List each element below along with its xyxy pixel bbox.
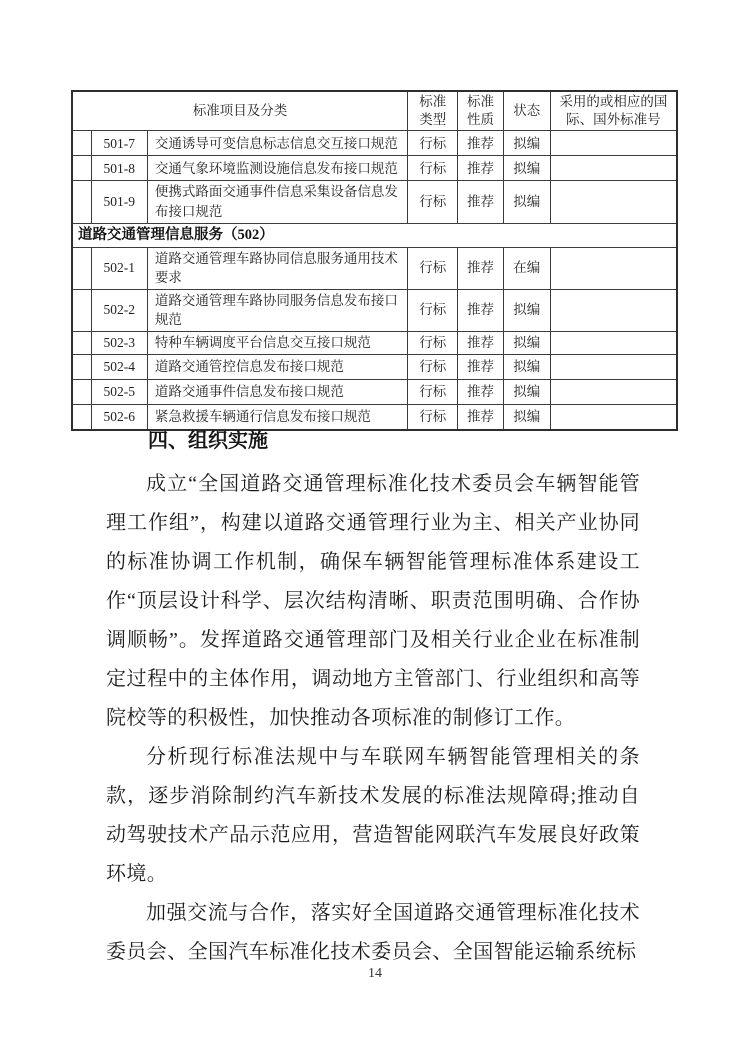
cell-name: 特种车辆调度平台信息交互接口规范 [147, 331, 407, 354]
cell-intl [550, 181, 677, 223]
paragraph: 加强交流与合作，落实好全国道路交通管理标准化技术委员会、全国汽车标准化技术委员会… [106, 894, 640, 972]
paragraph: 分析现行标准法规中与车联网车辆智能管理相关的条款，逐步消除制约汽车新技术发展的标… [106, 738, 640, 894]
cell-status: 拟编 [503, 331, 550, 354]
paragraph: 成立“全国道路交通管理标准化技术委员会车辆智能管理工作组”，构建以道路交通管理行… [106, 465, 640, 738]
cell-id: 501-8 [91, 156, 147, 181]
table-header-row: 标准项目及分类 标准 类型 标准 性质 状态 采用的或相应的国 际、国外标准号 [72, 91, 677, 131]
cell-status: 拟编 [503, 181, 550, 223]
cell-spacer [72, 404, 91, 430]
col-header-status: 状态 [503, 91, 550, 131]
cell-name: 交通诱导可变信息标志信息交互接口规范 [147, 131, 407, 156]
cell-nature: 推荐 [458, 331, 503, 354]
cell-type: 行标 [408, 289, 458, 331]
table-row: 501-9 便携式路面交通事件信息采集设备信息发布接口规范 行标 推荐 拟编 [72, 181, 677, 223]
cell-spacer [72, 131, 91, 156]
table-row: 502-2 道路交通管理车路协同服务信息发布接口规范 行标 推荐 拟编 [72, 289, 677, 331]
cell-name: 便携式路面交通事件信息采集设备信息发布接口规范 [147, 181, 407, 223]
cell-nature: 推荐 [458, 181, 503, 223]
cell-intl [550, 289, 677, 331]
table-row: 502-1 道路交通管理车路协同信息服务通用技术要求 行标 推荐 在编 [72, 247, 677, 289]
table-row: 502-6 紧急救援车辆通行信息发布接口规范 行标 推荐 拟编 [72, 404, 677, 430]
cell-nature: 推荐 [458, 379, 503, 404]
body-content: 四、组织实施 成立“全国道路交通管理标准化技术委员会车辆智能管理工作组”，构建以… [106, 428, 640, 972]
cell-intl [550, 354, 677, 379]
cell-id: 502-3 [91, 331, 147, 354]
table-row: 501-8 交通气象环境监测设施信息发布接口规范 行标 推荐 拟编 [72, 156, 677, 181]
cell-status: 在编 [503, 247, 550, 289]
cell-status: 拟编 [503, 156, 550, 181]
cell-nature: 推荐 [458, 354, 503, 379]
cell-name: 道路交通管理车路协同服务信息发布接口规范 [147, 289, 407, 331]
table-section-row: 道路交通管理信息服务（502） [72, 223, 677, 247]
cell-name: 道路交通管控信息发布接口规范 [147, 354, 407, 379]
cell-nature: 推荐 [458, 156, 503, 181]
cell-spacer [72, 181, 91, 223]
cell-id: 502-1 [91, 247, 147, 289]
cell-id: 501-9 [91, 181, 147, 223]
col-header-type: 标准 类型 [408, 91, 458, 131]
col-header-intl: 采用的或相应的国 际、国外标准号 [550, 91, 677, 131]
cell-name: 道路交通事件信息发布接口规范 [147, 379, 407, 404]
cell-name: 交通气象环境监测设施信息发布接口规范 [147, 156, 407, 181]
cell-intl [550, 156, 677, 181]
table-row: 501-7 交通诱导可变信息标志信息交互接口规范 行标 推荐 拟编 [72, 131, 677, 156]
table-row: 502-4 道路交通管控信息发布接口规范 行标 推荐 拟编 [72, 354, 677, 379]
cell-status: 拟编 [503, 354, 550, 379]
cell-type: 行标 [408, 404, 458, 430]
cell-intl [550, 247, 677, 289]
cell-nature: 推荐 [458, 404, 503, 430]
cell-type: 行标 [408, 247, 458, 289]
cell-nature: 推荐 [458, 131, 503, 156]
cell-status: 拟编 [503, 379, 550, 404]
cell-spacer [72, 156, 91, 181]
cell-id: 501-7 [91, 131, 147, 156]
section-502-label: 道路交通管理信息服务（502） [72, 223, 677, 247]
cell-name: 紧急救援车辆通行信息发布接口规范 [147, 404, 407, 430]
cell-name: 道路交通管理车路协同信息服务通用技术要求 [147, 247, 407, 289]
cell-spacer [72, 379, 91, 404]
section-heading: 四、组织实施 [148, 428, 640, 454]
cell-spacer [72, 354, 91, 379]
page-number: 14 [0, 966, 750, 982]
table-row: 502-3 特种车辆调度平台信息交互接口规范 行标 推荐 拟编 [72, 331, 677, 354]
cell-type: 行标 [408, 354, 458, 379]
cell-type: 行标 [408, 181, 458, 223]
cell-id: 502-5 [91, 379, 147, 404]
cell-intl [550, 379, 677, 404]
cell-nature: 推荐 [458, 289, 503, 331]
cell-status: 拟编 [503, 131, 550, 156]
standards-table: 标准项目及分类 标准 类型 标准 性质 状态 采用的或相应的国 际、国外标准号 … [71, 90, 678, 431]
col-header-nature: 标准 性质 [458, 91, 503, 131]
cell-type: 行标 [408, 156, 458, 181]
cell-spacer [72, 289, 91, 331]
col-header-project: 标准项目及分类 [72, 91, 408, 131]
cell-intl [550, 331, 677, 354]
cell-id: 502-2 [91, 289, 147, 331]
cell-status: 拟编 [503, 404, 550, 430]
cell-spacer [72, 331, 91, 354]
cell-type: 行标 [408, 331, 458, 354]
cell-spacer [72, 247, 91, 289]
cell-type: 行标 [408, 379, 458, 404]
cell-status: 拟编 [503, 289, 550, 331]
table-row: 502-5 道路交通事件信息发布接口规范 行标 推荐 拟编 [72, 379, 677, 404]
cell-type: 行标 [408, 131, 458, 156]
document-page: 标准项目及分类 标准 类型 标准 性质 状态 采用的或相应的国 际、国外标准号 … [0, 0, 750, 1061]
cell-intl [550, 404, 677, 430]
cell-id: 502-4 [91, 354, 147, 379]
cell-nature: 推荐 [458, 247, 503, 289]
cell-id: 502-6 [91, 404, 147, 430]
cell-intl [550, 131, 677, 156]
